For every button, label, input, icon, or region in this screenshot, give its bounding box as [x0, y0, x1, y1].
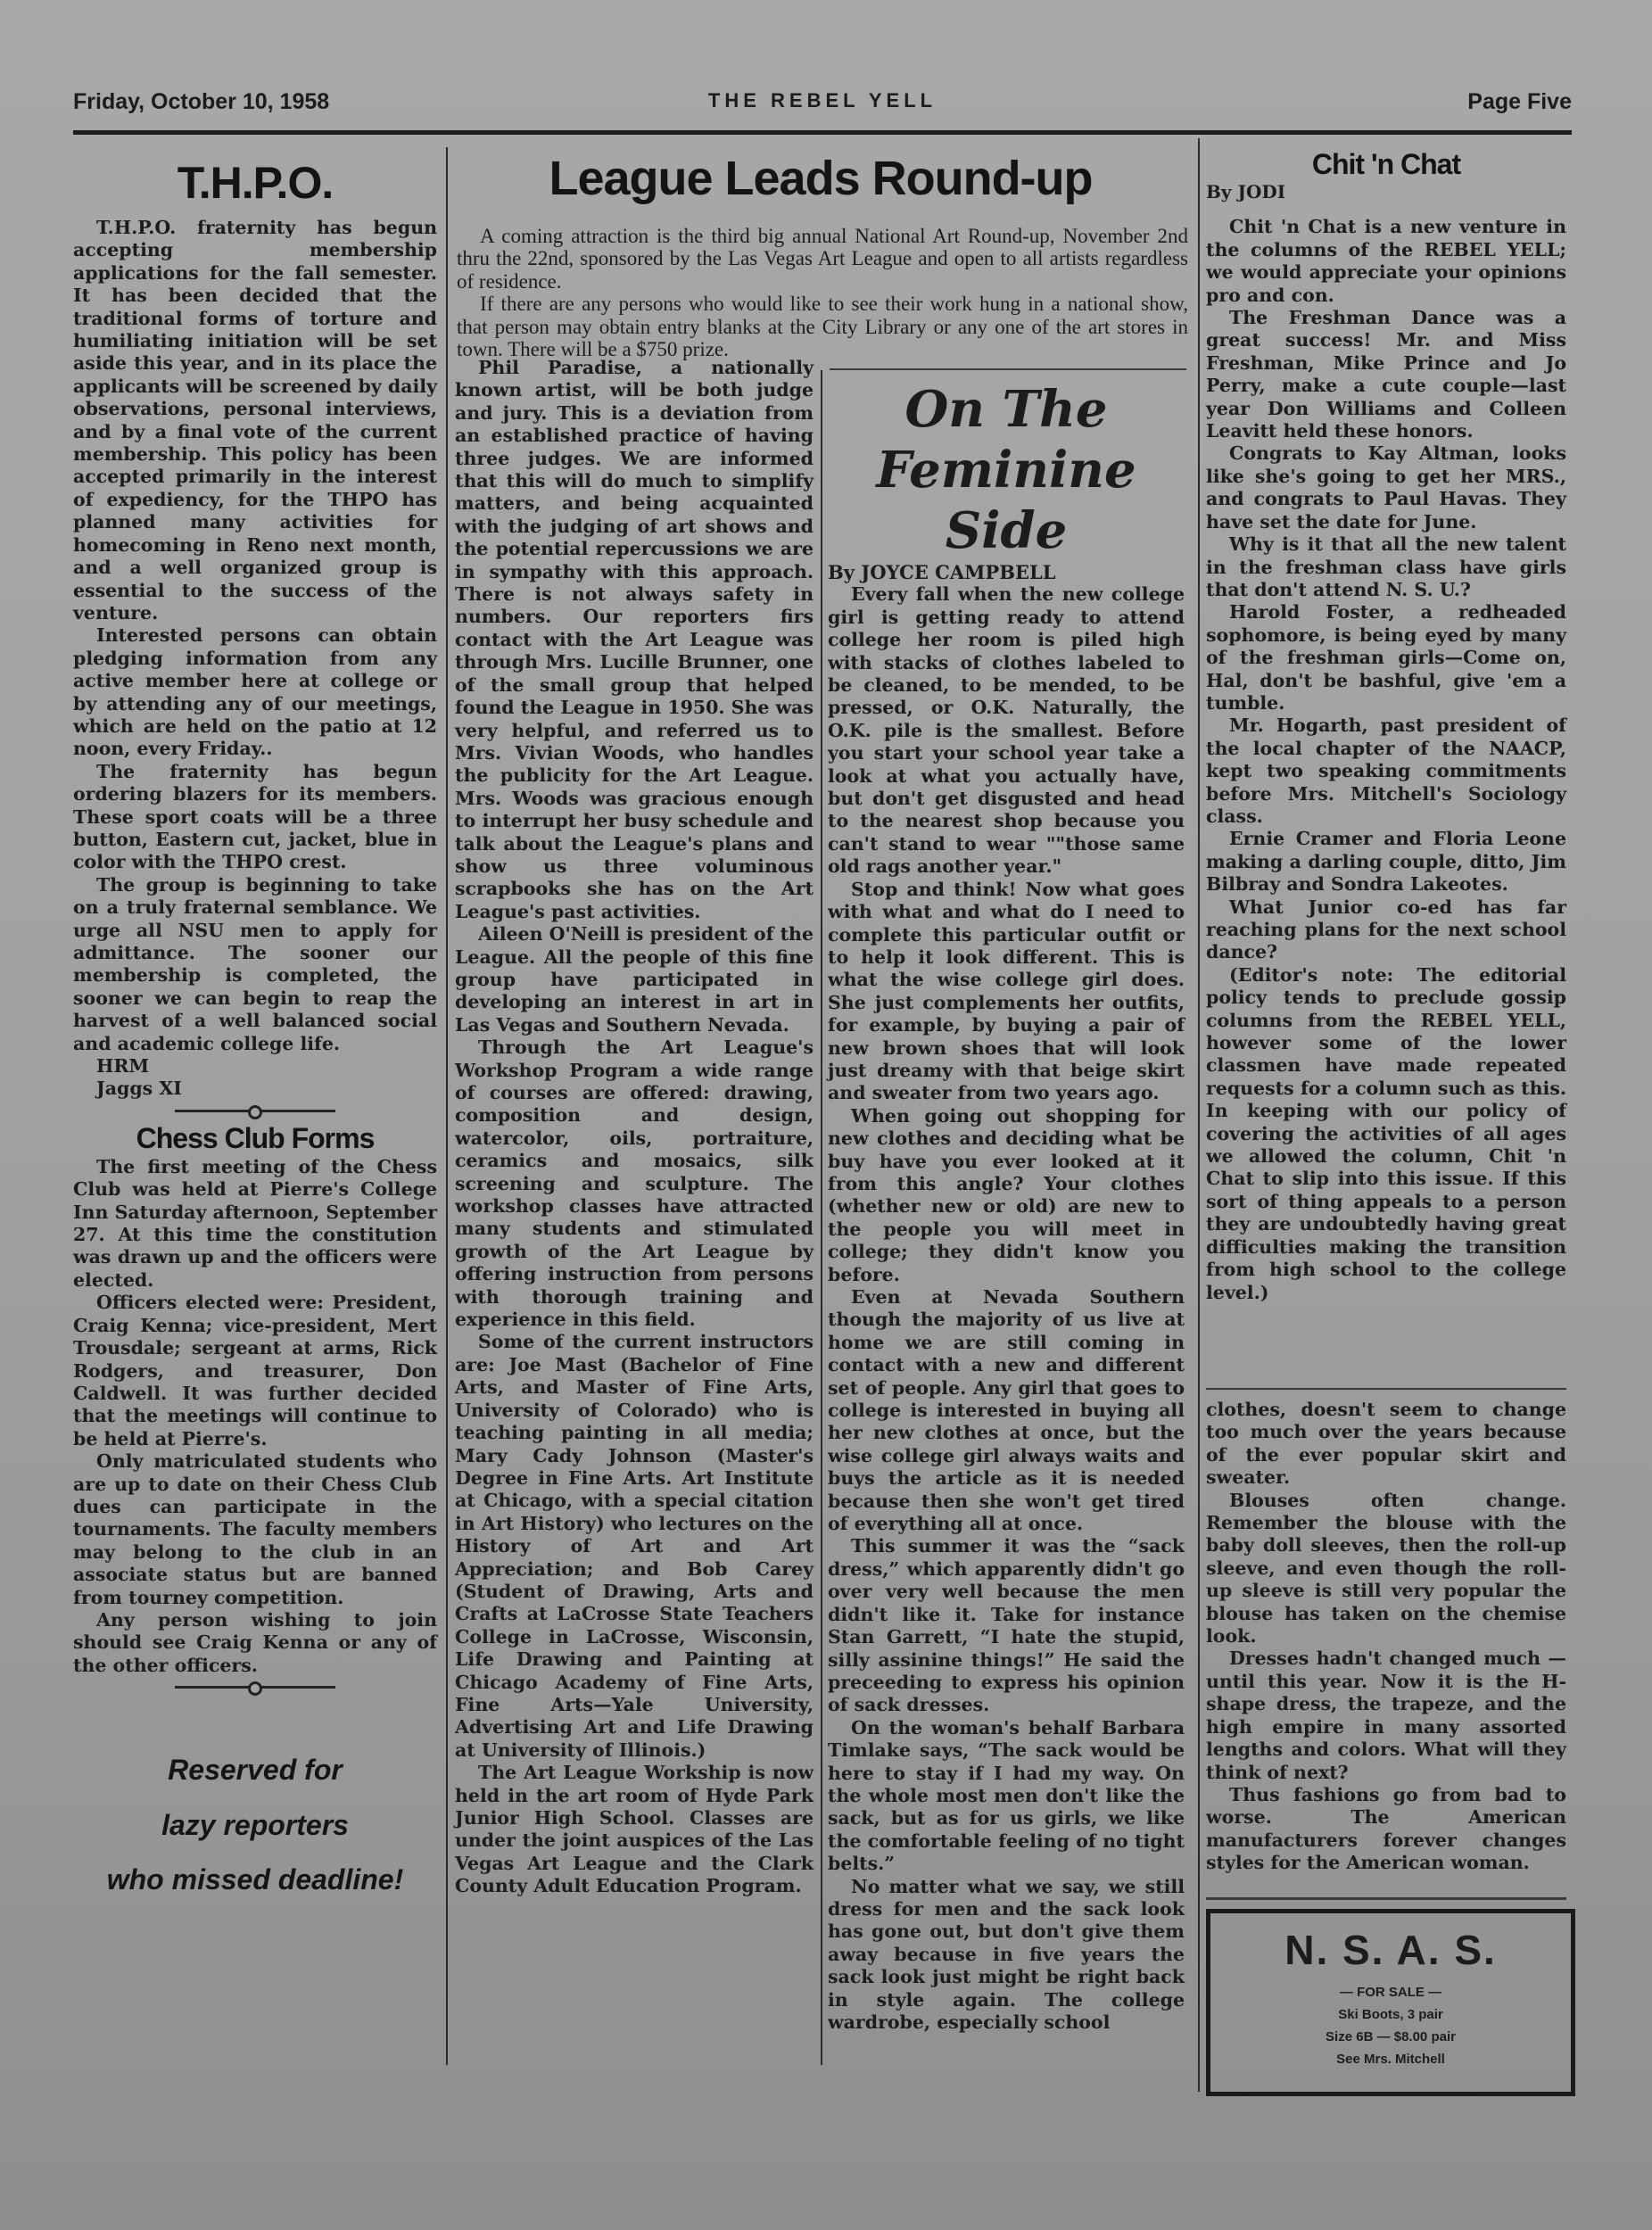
ornament-divider [73, 1101, 437, 1120]
ornament-divider [73, 1677, 437, 1697]
masthead-rule [73, 130, 1572, 135]
section-rule [1206, 1388, 1566, 1390]
chit-paragraph: What Junior co-ed has far reaching plans… [1206, 896, 1566, 964]
league-paragraph: Through the Art League's Workshop Progra… [455, 1037, 814, 1331]
feminine-paragraph: Blouses often change. Remember the blous… [1206, 1490, 1566, 1648]
masthead: Friday, October 10, 1958 THE REBEL YELL … [73, 89, 1572, 125]
column-divider [1198, 138, 1200, 2092]
column-center-right: On The Feminine Side By JOYCE CAMPBELL E… [828, 379, 1185, 2034]
thpo-signature: Jaggs XI [73, 1078, 437, 1100]
feminine-paragraph: This summer it was the “sack dress,” whi… [828, 1535, 1185, 1716]
league-lead-paragraph: If there are any persons who would like … [457, 293, 1188, 360]
reserved-notice: Reserved for lazy reporters who missed d… [73, 1759, 437, 1891]
thpo-article: T.H.P.O. fraternity has begun accepting … [73, 217, 437, 1101]
chit-paragraph: Why is it that all the new talent in the… [1206, 533, 1566, 601]
ad-title: N. S. A. S. [1210, 1926, 1571, 1974]
feminine-paragraph: When going out shopping for new clothes … [828, 1105, 1185, 1286]
chit-paragraph: (Editor's note: The editorial policy ten… [1206, 964, 1566, 1304]
league-paragraph: Some of the current instructors are: Joe… [455, 1331, 814, 1762]
feminine-title: On The Feminine Side [828, 379, 1185, 561]
newspaper-page: Friday, October 10, 1958 THE REBEL YELL … [0, 0, 1652, 2230]
chess-paragraph: Officers elected were: President, Craig … [73, 1292, 437, 1450]
league-paragraph: Aileen O'Neill is president of the Leagu… [455, 923, 814, 1037]
column-left: T.H.P.O. T.H.P.O. fraternity has begun a… [73, 156, 437, 1891]
league-paragraph: The Art League Workship is now held in t… [455, 1762, 814, 1897]
chess-paragraph: The first meeting of the Chess Club was … [73, 1156, 437, 1292]
feminine-paragraph: On the woman's behalf Barbara Timlake sa… [828, 1717, 1185, 1876]
reserved-line: Reserved for [73, 1759, 437, 1781]
feminine-continued: clothes, doesn't seem to change too much… [1206, 1399, 1566, 1875]
chit-byline: By JODI [1206, 181, 1566, 203]
chit-headline: Chit 'n Chat [1206, 147, 1566, 181]
feminine-title-line: On The [904, 380, 1107, 439]
league-paragraph: Phil Paradise, a nationally known artist… [455, 357, 814, 923]
chit-paragraph: Ernie Cramer and Floria Leone making a d… [1206, 828, 1566, 896]
feminine-paragraph: Every fall when the new college girl is … [828, 583, 1185, 878]
chess-paragraph: Any person wishing to join should see Cr… [73, 1609, 437, 1677]
league-headline: League Leads Round-up [455, 150, 1186, 207]
thpo-headline: T.H.P.O. [73, 156, 437, 210]
ad-line: See Mrs. Mitchell [1210, 2052, 1571, 2067]
thpo-paragraph: T.H.P.O. fraternity has begun accepting … [73, 217, 437, 624]
classified-ad: N. S. A. S. — FOR SALE — Ski Boots, 3 pa… [1206, 1909, 1575, 2096]
thpo-paragraph: Interested persons can obtain pledging i… [73, 624, 437, 760]
section-rule [1206, 1897, 1566, 1900]
page-number: Page Five [1467, 89, 1572, 115]
chess-paragraph: Only matriculated students who are up to… [73, 1450, 437, 1609]
chit-paragraph: Congrats to Kay Altman, looks like she's… [1206, 442, 1566, 533]
league-lead-paragraph: A coming attraction is the third big ann… [457, 225, 1188, 293]
paper-name: THE REBEL YELL [73, 89, 1572, 112]
feminine-paragraph: Stop and think! Now what goes with what … [828, 879, 1185, 1105]
feminine-paragraph: Dresses hadn't changed much —until this … [1206, 1648, 1566, 1783]
ad-line: Ski Boots, 3 pair [1210, 2007, 1571, 2022]
column-divider [821, 370, 822, 2065]
column-divider [446, 147, 448, 2065]
reserved-line: lazy reporters [73, 1814, 437, 1837]
thpo-signature: HRM [73, 1055, 437, 1078]
chit-paragraph: The Freshman Dance was a great success! … [1206, 307, 1566, 442]
feminine-paragraph: No matter what we say, we still dress fo… [828, 1876, 1185, 2035]
chit-paragraph: Chit 'n Chat is a new venture in the col… [1206, 216, 1566, 307]
thpo-paragraph: The fraternity has begun ordering blazer… [73, 761, 437, 874]
box-rule [830, 368, 1186, 370]
league-lead: A coming attraction is the third big ann… [457, 225, 1188, 360]
ad-line: Size 6B — $8.00 pair [1210, 2029, 1571, 2044]
chess-article: The first meeting of the Chess Club was … [73, 1156, 437, 1677]
ad-subtitle: — FOR SALE — [1210, 1985, 1571, 2000]
chit-paragraph: Harold Foster, a redheaded sophomore, is… [1206, 601, 1566, 714]
feminine-paragraph: clothes, doesn't seem to change too much… [1206, 1399, 1566, 1490]
feminine-paragraph: Thus fashions go from bad to worse. The … [1206, 1784, 1566, 1875]
feminine-paragraph: Even at Nevada Southern though the major… [828, 1286, 1185, 1535]
reserved-line: who missed deadline! [73, 1869, 437, 1891]
column-right: Chit 'n Chat By JODI Chit 'n Chat is a n… [1206, 147, 1566, 1304]
thpo-paragraph: The group is beginning to take on a trul… [73, 874, 437, 1055]
feminine-byline: By JOYCE CAMPBELL [828, 561, 1185, 583]
chit-paragraph: Mr. Hogarth, past president of the local… [1206, 714, 1566, 828]
feminine-title-line: Feminine Side [876, 441, 1136, 560]
column-center-left: Phil Paradise, a nationally known artist… [455, 357, 814, 1898]
chess-headline: Chess Club Forms [73, 1120, 437, 1156]
